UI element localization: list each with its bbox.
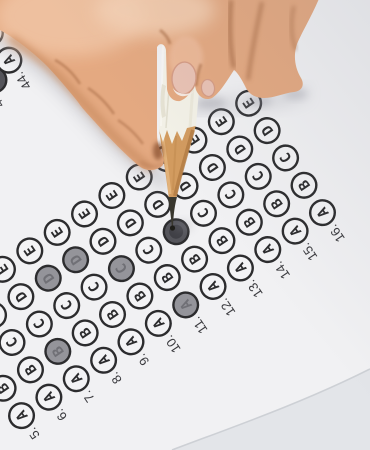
lighting-gradient: [0, 0, 370, 450]
photo-of-answer-sheet: Close-up photo of a hand holding a white…: [0, 0, 370, 450]
photo-canvas: 5.ABCDE6.ABCDE7.ABCDE8.ABCDE9.ABCDE10.AB…: [0, 0, 370, 450]
